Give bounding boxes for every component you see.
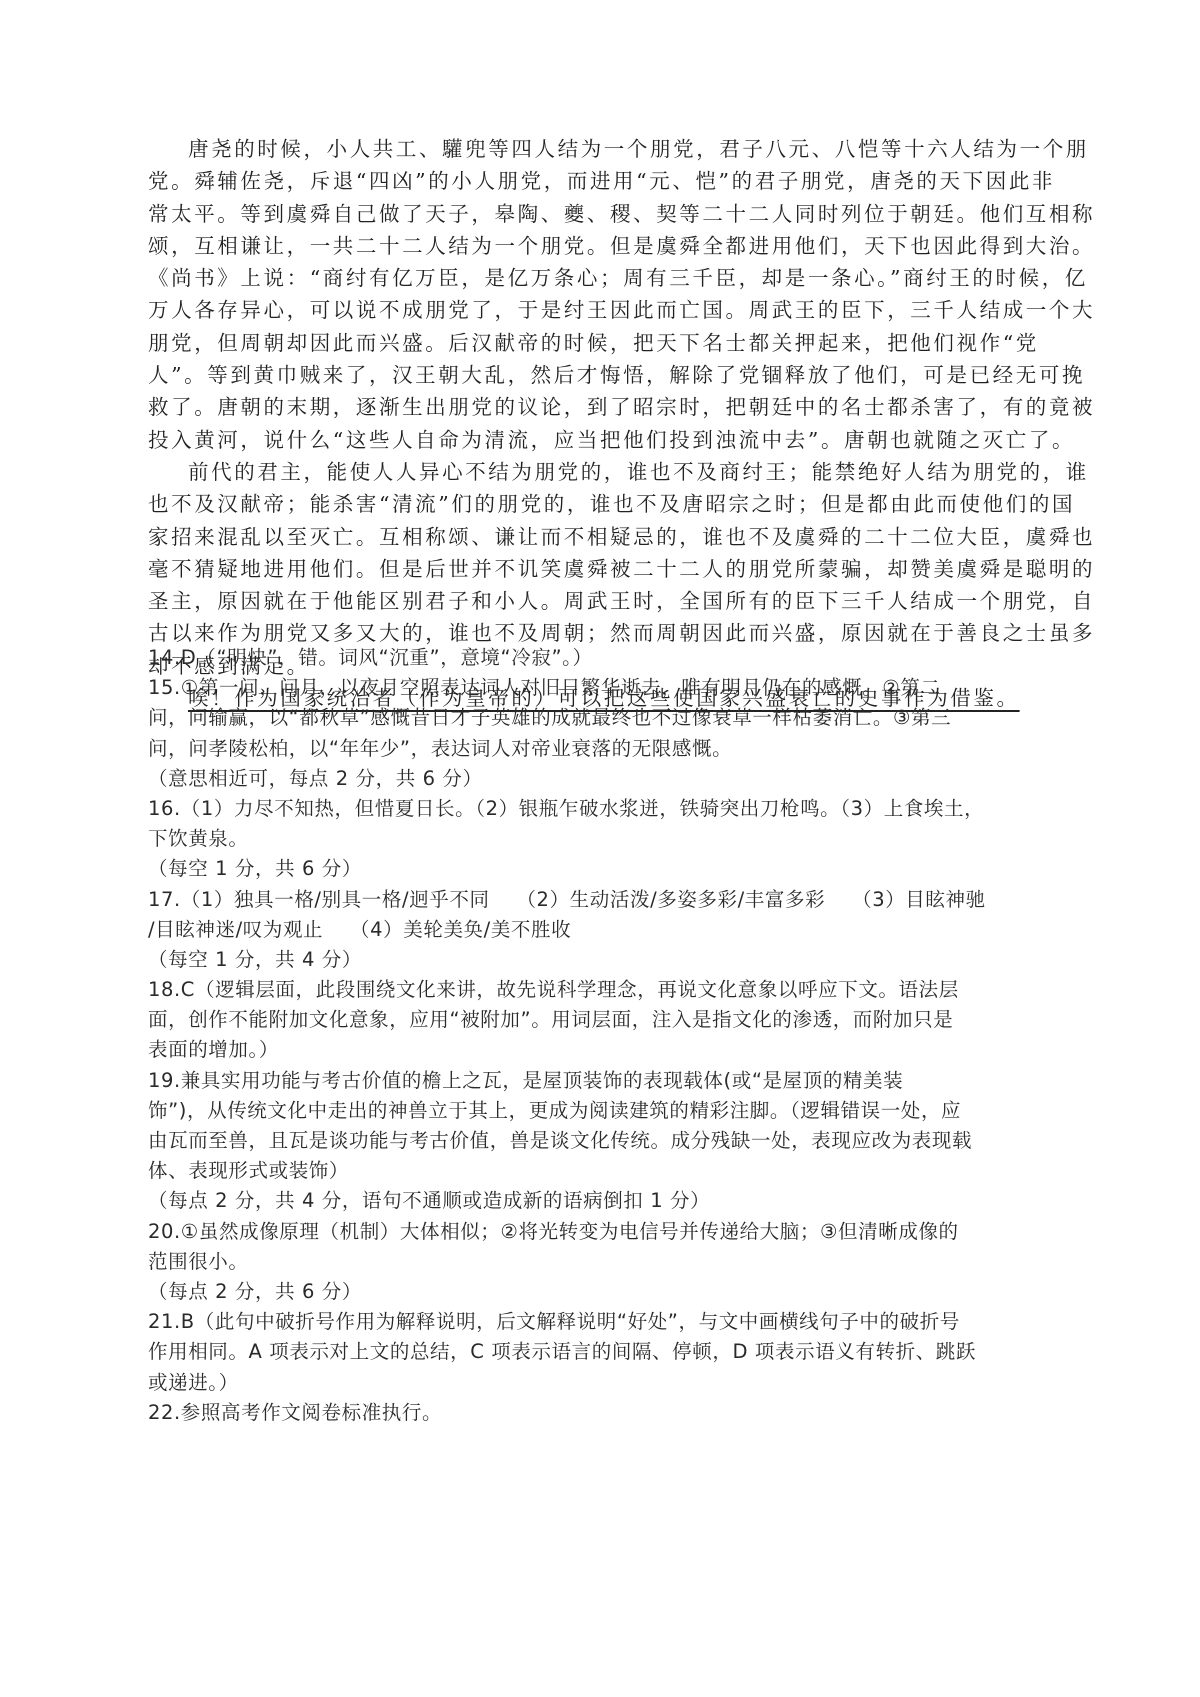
answer-line: 饰”)，从传统文化中走出的神兽立于其上，更成为阅读建筑的精彩注脚。（逻辑错误一处… [148, 1096, 1048, 1126]
answer-key-section: 14.D（“明快”，错。词风“沉重”，意境“冷寂”。） 15.①第一问，问月，以… [148, 643, 1048, 1428]
answer-17: 17.（1）独具一格/别具一格/迥乎不同 （2）生动活泼/多姿多彩/丰富多彩 （… [148, 885, 1048, 976]
answer-15: 15.①第一问，问月，以夜月空照表达词人对旧日繁华逝去，唯有明月仍在的感慨。②第… [148, 673, 1048, 794]
answer-line: 由瓦而至兽，且瓦是谈功能与考古价值，兽是谈文化传统。成分残缺一处，表现应改为表现… [148, 1126, 1048, 1156]
scoring-note: （意思相近可，每点 2 分，共 6 分） [148, 764, 1048, 794]
answer-18: 18.C（逻辑层面，此段围绕文化来讲，故先说科学理念，再说文化意象以呼应下文。语… [148, 975, 1048, 1066]
text-line: 人”。等到黄巾贼来了，汉王朝大乱，然后才悔悟，解除了党锢释放了他们，可是已经无可… [148, 359, 1048, 391]
text-line: 万人各存异心，可以说不成朋党了，于是纣王因此而亡国。周武王的臣下，三千人结成一个… [148, 294, 1048, 326]
answer-line: 16.（1）力尽不知热，但惜夏日长。（2）银瓶乍破水浆迸，铁骑突出刀枪鸣。（3）… [148, 794, 1048, 824]
answer-line: 22.参照高考作文阅卷标准执行。 [148, 1398, 1048, 1428]
text-line: 毫不猜疑地进用他们。但是后世并不讥笑虞舜被二十二人的朋党所蒙骗，却赞美虞舜是聪明… [148, 553, 1048, 585]
answer-line: 15.①第一问，问月，以夜月空照表达词人对旧日繁华逝去，唯有明月仍在的感慨。②第… [148, 673, 1048, 703]
scoring-note: （每空 1 分，共 4 分） [148, 945, 1048, 975]
text-line: 圣主，原因就在于他能区别君子和小人。周武王时，全国所有的臣下三千人结成一个朋党，… [148, 585, 1048, 617]
answer-line: 19.兼具实用功能与考古价值的檐上之瓦，是屋顶装饰的表现载体(或“是屋顶的精美装 [148, 1066, 1048, 1096]
scoring-note: （每空 1 分，共 6 分） [148, 854, 1048, 884]
answer-line: 17.（1）独具一格/别具一格/迥乎不同 （2）生动活泼/多姿多彩/丰富多彩 （… [148, 885, 1048, 915]
answer-line: 体、表现形式或装饰） [148, 1156, 1048, 1186]
answer-line: 21.B（此句中破折号作用为解释说明，后文解释说明“好处”，与文中画横线句子中的… [148, 1307, 1048, 1337]
answer-line: 18.C（逻辑层面，此段围绕文化来讲，故先说科学理念，再说文化意象以呼应下文。语… [148, 975, 1048, 1005]
answer-16: 16.（1）力尽不知热，但惜夏日长。（2）银瓶乍破水浆迸，铁骑突出刀枪鸣。（3）… [148, 794, 1048, 885]
text-line: 朋党，但周朝却因此而兴盛。后汉献帝的时候，把天下名士都关押起来，把他们视作“党 [148, 327, 1048, 359]
answer-21: 21.B（此句中破折号作用为解释说明，后文解释说明“好处”，与文中画横线句子中的… [148, 1307, 1048, 1398]
text-line: 前代的君主，能使人人异心不结为朋党的，谁也不及商纣王；能禁绝好人结为朋党的，谁 [148, 456, 1048, 488]
answer-line: 表面的增加。） [148, 1035, 1048, 1065]
scoring-note: （每点 2 分，共 6 分） [148, 1277, 1048, 1307]
answer-20: 20.①虽然成像原理（机制）大体相似；②将光转变为电信号并传递给大脑；③但清晰成… [148, 1217, 1048, 1308]
answer-line: 14.D（“明快”，错。词风“沉重”，意境“冷寂”。） [148, 643, 1048, 673]
text-line: 《尚书》上说：“商纣有亿万臣，是亿万条心；周有三千臣，却是一条心。”商纣王的时候… [148, 262, 1048, 294]
answer-line: 面，创作不能附加文化意象，应用“被附加”。用词层面，注入是指文化的渗透，而附加只… [148, 1005, 1048, 1035]
answer-line: 下饮黄泉。 [148, 824, 1048, 854]
answer-line: 作用相同。A 项表示对上文的总结，C 项表示语言的间隔、停顿，D 项表示语义有转… [148, 1337, 1048, 1367]
text-line: 投入黄河，说什么“这些人自命为清流，应当把他们投到浊流中去”。唐朝也就随之灭亡了… [148, 424, 1048, 456]
answer-line: /目眩神迷/叹为观止 （4）美轮美奂/美不胜收 [148, 915, 1048, 945]
text-line: 家招来混乱以至灭亡。互相称颂、谦让而不相疑忌的，谁也不及虞舜的二十二位大臣，虞舜… [148, 521, 1048, 553]
answer-19: 19.兼具实用功能与考古价值的檐上之瓦，是屋顶装饰的表现载体(或“是屋顶的精美装… [148, 1066, 1048, 1217]
answer-22: 22.参照高考作文阅卷标准执行。 [148, 1398, 1048, 1428]
text-line: 颂，互相谦让，一共二十二人结为一个朋党。但是虞舜全都进用他们，天下也因此得到大治… [148, 230, 1048, 262]
answer-line: 20.①虽然成像原理（机制）大体相似；②将光转变为电信号并传递给大脑；③但清晰成… [148, 1217, 1048, 1247]
text-line: 常太平。等到虞舜自己做了天子，皋陶、夔、稷、契等二十二人同时列位于朝廷。他们互相… [148, 198, 1048, 230]
answer-14: 14.D（“明快”，错。词风“沉重”，意境“冷寂”。） [148, 643, 1048, 673]
scoring-note: （每点 2 分，共 4 分，语句不通顺或造成新的语病倒扣 1 分） [148, 1186, 1048, 1216]
answer-line: 问，问输赢，以“都秋草”感慨昔日才子英雄的成就最终也不过像衰草一样枯萎消亡。③第… [148, 703, 1048, 733]
answer-line: 问，问孝陵松柏，以“年年少”，表达词人对帝业衰落的无限感慨。 [148, 734, 1048, 764]
text-line: 党。舜辅佐尧，斥退“四凶”的小人朋党，而进用“元、恺”的君子朋党，唐尧的天下因此… [148, 165, 1048, 197]
text-line: 也不及汉献帝；能杀害“清流”们的朋党的，谁也不及唐昭宗之时；但是都由此而使他们的… [148, 488, 1048, 520]
text-line: 唐尧的时候，小人共工、驩兜等四人结为一个朋党，君子八元、八恺等十六人结为一个朋 [148, 133, 1048, 165]
translation-section: 唐尧的时候，小人共工、驩兜等四人结为一个朋党，君子八元、八恺等十六人结为一个朋 … [148, 133, 1048, 714]
text-line: 救了。唐朝的末期，逐渐生出朋党的议论，到了昭宗时，把朝廷中的名士都杀害了，有的竟… [148, 391, 1048, 423]
answer-line: 范围很小。 [148, 1247, 1048, 1277]
answer-line: 或递进。） [148, 1368, 1048, 1398]
